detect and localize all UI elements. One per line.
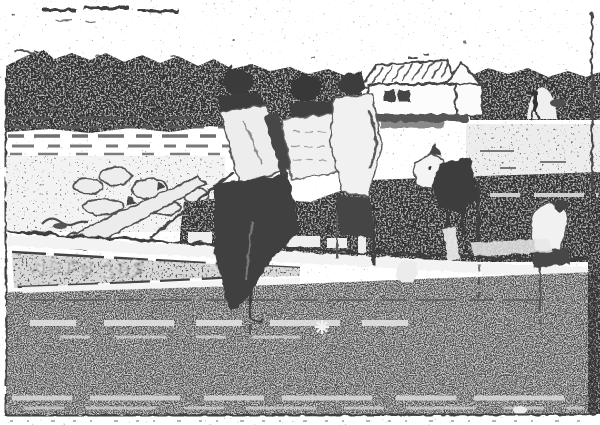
building-wall [368, 84, 456, 116]
stern-figure [531, 200, 570, 268]
scanned-photo-page: 4SF9 16F 4SF9 16F [0, 0, 600, 425]
dog-eye [428, 166, 431, 169]
building-wall-right [456, 84, 482, 116]
water-white-blob [513, 406, 527, 414]
roof-plane [362, 60, 454, 87]
worker-head [339, 73, 365, 95]
sack [100, 167, 132, 185]
photograph: 4SF9 16F 4SF9 16F [0, 0, 600, 425]
foundation-step [380, 122, 444, 128]
worker-head [223, 69, 253, 95]
right-edge-grain [588, 200, 600, 414]
driftwood-blob [53, 223, 67, 229]
foundation-shadow [368, 114, 468, 122]
worker-head [290, 75, 322, 101]
distant-figure-head [532, 91, 539, 98]
hull-marking: 4SF9 16F [30, 251, 143, 280]
splash-mark [315, 320, 329, 334]
bush [550, 99, 566, 107]
building [362, 55, 482, 128]
water-grain [6, 272, 596, 415]
pole-tip [590, 12, 594, 16]
window-mullion [395, 90, 398, 102]
sack [74, 178, 102, 194]
worker-legs [336, 194, 374, 238]
stern-figure-head [554, 200, 568, 212]
